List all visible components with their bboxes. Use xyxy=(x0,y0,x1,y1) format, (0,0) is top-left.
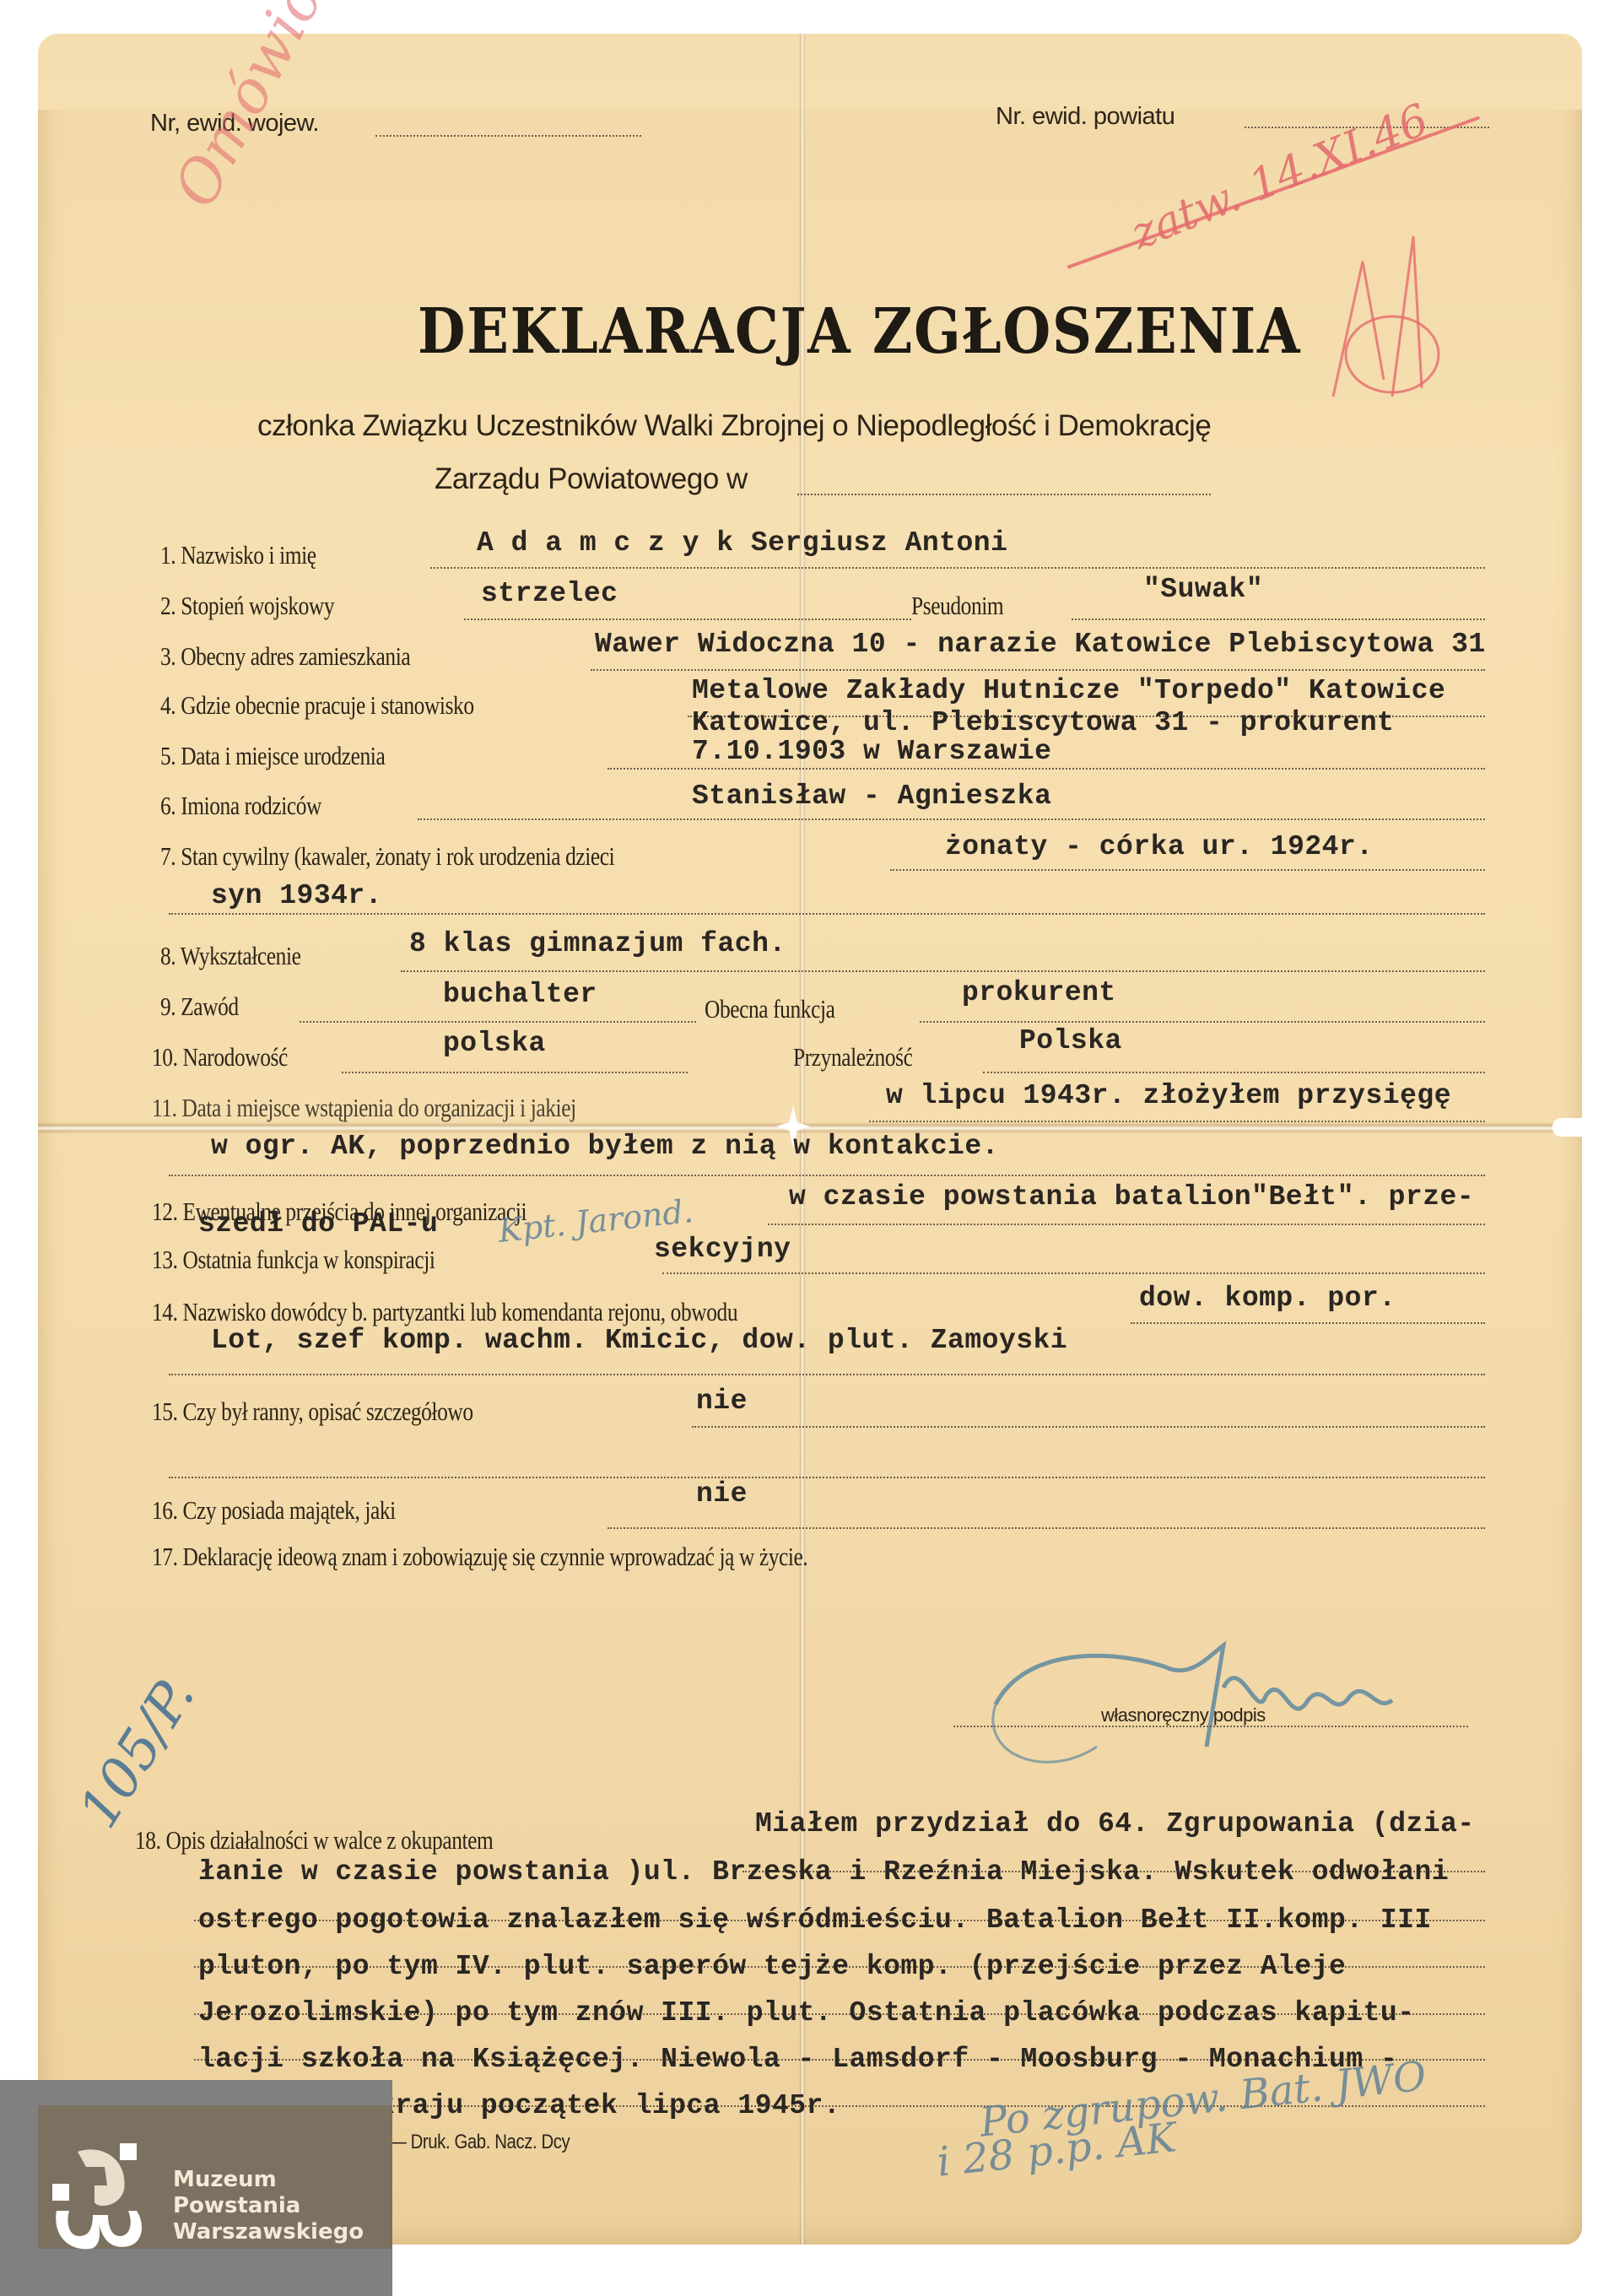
field-15-label: 15. Czy był ranny, opisać szczegółowo xyxy=(152,1397,473,1427)
field-16-line xyxy=(607,1527,1485,1529)
field-12-value-cont: szedł do PAL-u xyxy=(198,1208,438,1240)
field-11-value-cont: w ogr. AK, poprzednio byłem z nią w kont… xyxy=(211,1131,999,1162)
field-9-value: buchalter xyxy=(443,979,597,1010)
field-6-value: Stanisław - Agnieszka xyxy=(692,781,1051,812)
field-12-line xyxy=(768,1224,1485,1225)
field-15-value: nie xyxy=(696,1386,748,1417)
field-5-value: 7.10.1903 w Warszawie xyxy=(692,736,1051,767)
field-10-line xyxy=(342,1072,688,1073)
field-16-label: 16. Czy posiada majątek, jaki xyxy=(152,1495,396,1526)
field-3-label: 3. Obecny adres zamieszkania xyxy=(160,641,410,672)
museum-name: Muzeum Powstania Warszawskiego xyxy=(173,2167,364,2245)
red-initials-mark xyxy=(1316,228,1451,405)
field-15-line-cont xyxy=(169,1477,1485,1478)
field-11-label: 11. Data i miejsce wstąpienia do organiz… xyxy=(152,1093,576,1123)
field-9-line2 xyxy=(920,1021,1485,1023)
field-6-label: 6. Imiona rodziców xyxy=(160,791,321,821)
field-8-label: 8. Wykształcenie xyxy=(160,941,301,971)
signature-label: własnoręczny podpis xyxy=(1101,1704,1266,1726)
field-12-value: w czasie powstania batalion"Bełt". prze- xyxy=(789,1181,1474,1213)
field-9-value2: prokurent xyxy=(962,977,1116,1008)
field-3-line xyxy=(591,669,1485,671)
field-18-line-1: Miałem przydział do 64. Zgrupowania (dzi… xyxy=(755,1808,1475,1840)
field-1-value: A d a m c z y k Sergiusz Antoni xyxy=(477,527,1007,559)
field-14-value-cont: Lot, szef komp. wachm. Kmicic, dow. plut… xyxy=(211,1325,1067,1356)
field-9-line xyxy=(300,1021,696,1023)
field-8-value: 8 klas gimnazjum fach. xyxy=(409,928,786,959)
field-2-label2: Pseudonim xyxy=(911,591,1003,621)
field-18-line-3: ostrego pogotowia znalazłem się wśródmie… xyxy=(198,1904,1432,1936)
field-7-line-cont xyxy=(169,913,1485,915)
field-17-declaration: 17. Deklarację ideową znam i zobowiązuję… xyxy=(152,1542,807,1572)
field-4-value: Metalowe Zakłady Hutnicze "Torpedo" Kato… xyxy=(692,675,1445,706)
field-18-line-6: lacji szkoła na Książęcej. Niewola - Lam… xyxy=(198,2044,1397,2075)
field-5-line xyxy=(607,768,1485,770)
field-4-label: 4. Gdzie obecnie pracuje i stanowisko xyxy=(160,690,474,721)
field-2-value2: "Suwak" xyxy=(1143,574,1263,605)
field-7-value-cont: syn 1934r. xyxy=(211,880,382,911)
field-18-line-4: pluton, po tym IV. plut. saperów tejże k… xyxy=(198,1951,1346,1982)
field-6-line xyxy=(418,818,1485,820)
field-14-line-cont xyxy=(169,1374,1485,1375)
field-16-value: nie xyxy=(696,1478,748,1510)
field-14-value: dow. komp. por. xyxy=(1139,1283,1396,1314)
field-18-line-5: Jerozolimskie) po tym znów III. plut. Os… xyxy=(198,1997,1415,2029)
field-18-line-2: łanie w czasie powstania )ul. Brzeska i … xyxy=(198,1856,1449,1888)
field-10-line2 xyxy=(983,1072,1485,1073)
board-label: Zarządu Powiatowego w xyxy=(435,462,748,496)
field-7-line xyxy=(890,869,1485,871)
field-9-label: 9. Zawód xyxy=(160,991,239,1022)
field-2-line xyxy=(464,619,911,620)
field-2-line2 xyxy=(1072,619,1485,620)
field-13-label: 13. Ostatnia funkcja w konspiracji xyxy=(152,1245,435,1275)
field-10-value: polska xyxy=(443,1028,546,1059)
field-15-line xyxy=(692,1426,1485,1428)
field-14-label: 14. Nazwisko dowódcy b. partyzantki lub … xyxy=(152,1297,737,1327)
field-1-label: 1. Nazwisko i imię xyxy=(160,540,316,570)
field-11-line-cont xyxy=(169,1175,1485,1176)
edge-notch xyxy=(1552,1118,1620,1137)
field-8-line xyxy=(401,970,1485,972)
field-10-label2: Przynależność xyxy=(793,1042,912,1072)
field-9-label2: Obecna funkcja xyxy=(705,994,834,1024)
field-7-label: 7. Stan cywilny (kawaler, żonaty i rok u… xyxy=(160,841,614,872)
voivodeship-number-line xyxy=(375,135,641,137)
field-7-value: żonaty - córka ur. 1924r. xyxy=(945,831,1374,862)
field-10-label: 10. Narodowość xyxy=(152,1042,288,1072)
field-11-value: w lipcu 1943r. złożyłem przysięgę xyxy=(886,1080,1451,1111)
field-10-value2: Polska xyxy=(1019,1025,1122,1056)
field-2-value: strzelec xyxy=(481,578,618,609)
field-11-line xyxy=(869,1121,1485,1122)
signature-scribble xyxy=(970,1620,1409,1772)
field-13-value: sekcyjny xyxy=(654,1234,791,1265)
page-title: DEKLARACJA ZGŁOSZENIA xyxy=(418,295,1301,368)
board-line xyxy=(797,494,1211,495)
field-4-value-cont: Katowice, ul. Plebiscytowa 31 - prokuren… xyxy=(692,707,1394,738)
field-1-line xyxy=(430,567,1485,569)
field-14-line xyxy=(1131,1322,1485,1324)
field-2-label: 2. Stopień wojskowy xyxy=(160,591,334,621)
field-3-value: Wawer Widoczna 10 - narazie Katowice Ple… xyxy=(595,629,1486,660)
field-18-label: 18. Opis działalności w walce z okupante… xyxy=(135,1825,493,1856)
subtitle: członka Związku Uczestników Walki Zbrojn… xyxy=(257,409,1211,443)
field-13-line xyxy=(662,1272,1485,1274)
field-5-label: 5. Data i miejsce urodzenia xyxy=(160,741,385,771)
county-number-label: Nr. ewid. powiatu xyxy=(996,103,1174,131)
museum-logo-icon xyxy=(52,2143,145,2253)
